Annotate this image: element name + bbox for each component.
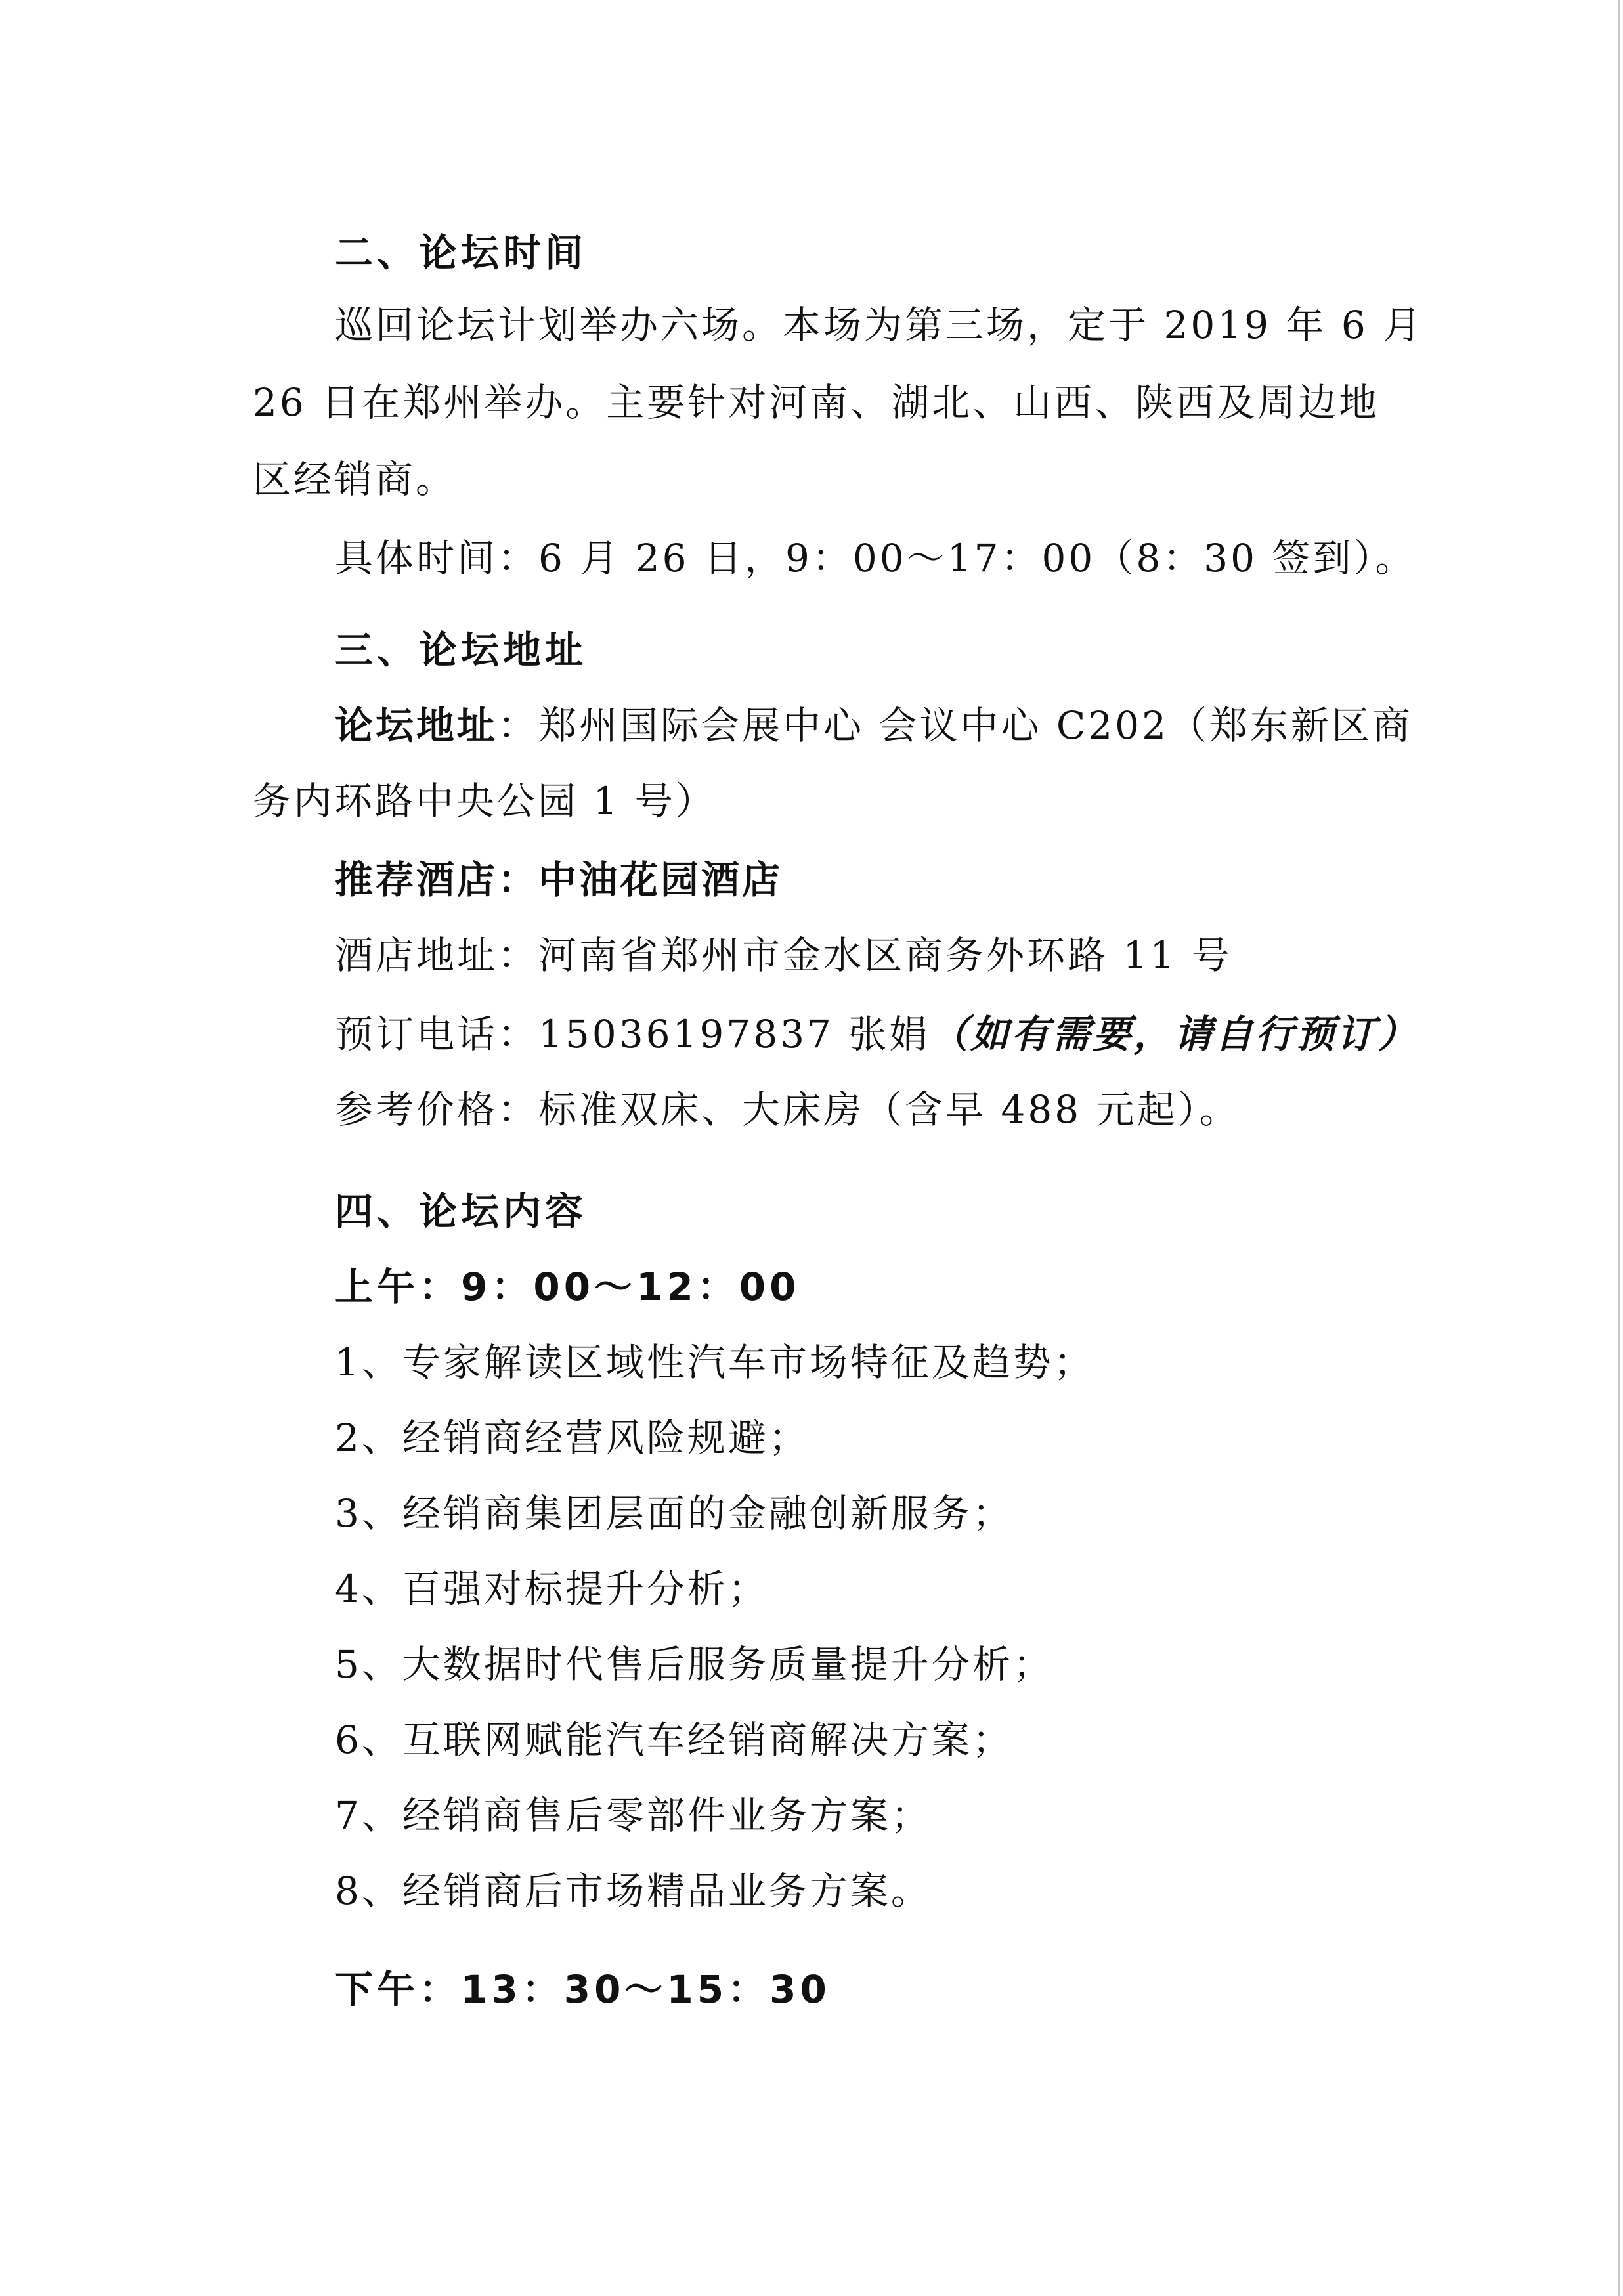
reference-price: 参考价格：标准双床、大床房（含早 488 元起）。 xyxy=(335,1087,1240,1133)
agenda-item: 5、大数据时代售后服务质量提升分析； xyxy=(335,1641,1054,1687)
afternoon-session-time: 下午：13：30～15：30 xyxy=(335,1966,831,2012)
agenda-item: 8、经销商后市场精品业务方案。 xyxy=(335,1868,932,1914)
agenda-item: 2、经销商经营风险规避； xyxy=(335,1415,810,1461)
booking-note: （如有需要，请自行预订） xyxy=(930,1012,1418,1056)
booking-phone-line: 预订电话：15036197837 张娟（如有需要，请自行预订） xyxy=(335,1011,1418,1057)
paragraph-line: 26 日在郑州举办。主要针对河南、湖北、山西、陕西及周边地 xyxy=(253,379,1377,425)
paragraph-line: 巡回论坛计划举办六场。本场为第三场，定于 2019 年 6 月 xyxy=(335,302,1377,348)
paragraph-line: 区经销商。 xyxy=(253,456,456,502)
morning-session-time: 上午：9：00～12：00 xyxy=(335,1264,800,1310)
agenda-item: 3、经销商集团层面的金融创新服务； xyxy=(335,1490,1013,1536)
detail-time-text: 具体时间：6 月 26 日，9：00～17：00（8：30 签到）。 xyxy=(335,535,1416,581)
section-heading-forum-address: 三、论坛地址 xyxy=(335,627,587,673)
agenda-item: 7、经销商售后零部件业务方案； xyxy=(335,1792,932,1838)
scan-page-edge xyxy=(1618,0,1620,2296)
venue-label: 论坛地址 xyxy=(335,703,498,748)
section-heading-forum-time: 二、论坛时间 xyxy=(335,230,587,276)
agenda-item: 6、互联网赋能汽车经销商解决方案； xyxy=(335,1717,1013,1763)
recommended-hotel: 推荐酒店：中油花园酒店 xyxy=(335,857,783,903)
venue-address-continuation: 务内环路中央公园 1 号） xyxy=(253,778,716,824)
agenda-item: 1、专家解读区域性汽车市场特征及趋势； xyxy=(335,1339,1094,1385)
booking-phone: 预订电话：15036197837 张娟 xyxy=(335,1012,930,1056)
hotel-address: 酒店地址：河南省郑州市金水区商务外环路 11 号 xyxy=(335,932,1232,978)
section-heading-forum-content: 四、论坛内容 xyxy=(335,1188,587,1234)
venue-address-line: 论坛地址：郑州国际会展中心 会议中心 C202（郑东新区商 xyxy=(335,703,1377,748)
venue-value: ：郑州国际会展中心 会议中心 C202（郑东新区商 xyxy=(498,703,1413,748)
agenda-item: 4、百强对标提升分析； xyxy=(335,1566,769,1612)
